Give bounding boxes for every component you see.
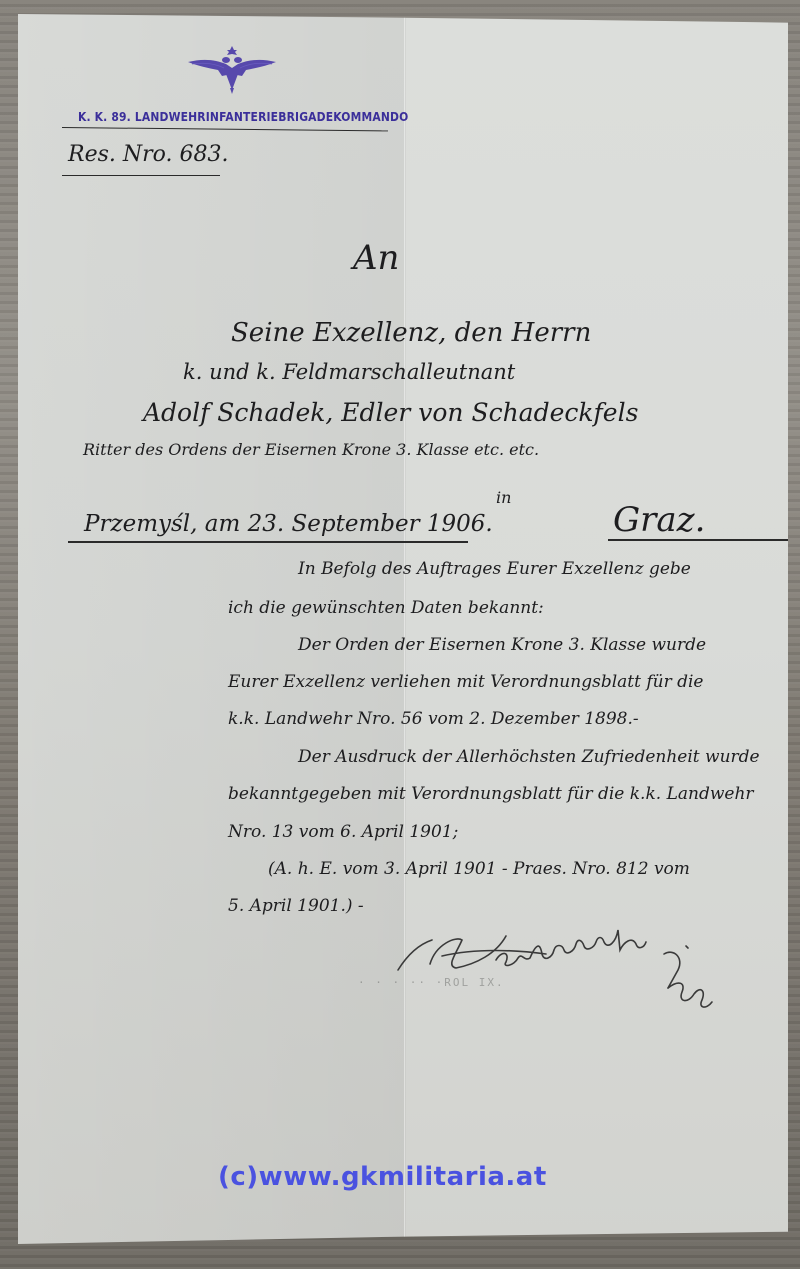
body-line: 5. April 1901.) - [228, 896, 364, 916]
salutation-prefix: An [353, 238, 399, 278]
in-label: in [496, 488, 511, 507]
body-line: Der Ausdruck der Allerhöchsten Zufrieden… [298, 747, 760, 767]
recipient-rank: k. und k. Feldmarschalleutnant [183, 360, 515, 384]
document-sheet: K. K. 89. LANDWEHRINFANTERIEBRIGADEKOMMA… [18, 14, 788, 1244]
destination: Graz. [613, 500, 705, 540]
body-line: Eurer Exzellenz verliehen mit Verordnung… [228, 672, 704, 692]
copyright-watermark: (c)www.gkmilitaria.at [218, 1162, 547, 1192]
recipient-order: Ritter des Ordens der Eisernen Krone 3. … [83, 440, 539, 459]
fold-crease [404, 14, 406, 1244]
body-line: ich die gewünschten Daten bekannt: [228, 598, 544, 618]
body-line: k.k. Landwehr Nro. 56 vom 2. Dezember 18… [228, 709, 639, 729]
honorific: Seine Exzellenz, den Herrn [231, 318, 591, 348]
body-line: Nro. 13 vom 6. April 1901; [228, 822, 458, 842]
destination-rule [608, 539, 793, 541]
body-line: Der Orden der Eisernen Krone 3. Klasse w… [298, 635, 706, 655]
reference-number: Res. Nro. 683. [68, 142, 228, 167]
body-line: In Befolg des Auftrages Eurer Exzellenz … [298, 559, 691, 579]
body-line: (A. h. E. vom 3. April 1901 - Praes. Nro… [268, 859, 690, 879]
faded-stamp: · · · ·· ·ROL IX. [358, 976, 505, 989]
reference-rule [62, 175, 220, 176]
recipient-name: Adolf Schadek, Edler von Schadeckfels [143, 398, 638, 427]
body-line: bekanntgegeben mit Verordnungsblatt für … [228, 784, 754, 804]
unit-letterhead: K. K. 89. LANDWEHRINFANTERIEBRIGADEKOMMA… [78, 109, 408, 124]
dateline: Przemyśl, am 23. September 1906. [84, 511, 493, 537]
dateline-rule [68, 541, 468, 543]
left-page-shade [18, 14, 404, 1244]
double-headed-eagle-icon [186, 44, 278, 96]
